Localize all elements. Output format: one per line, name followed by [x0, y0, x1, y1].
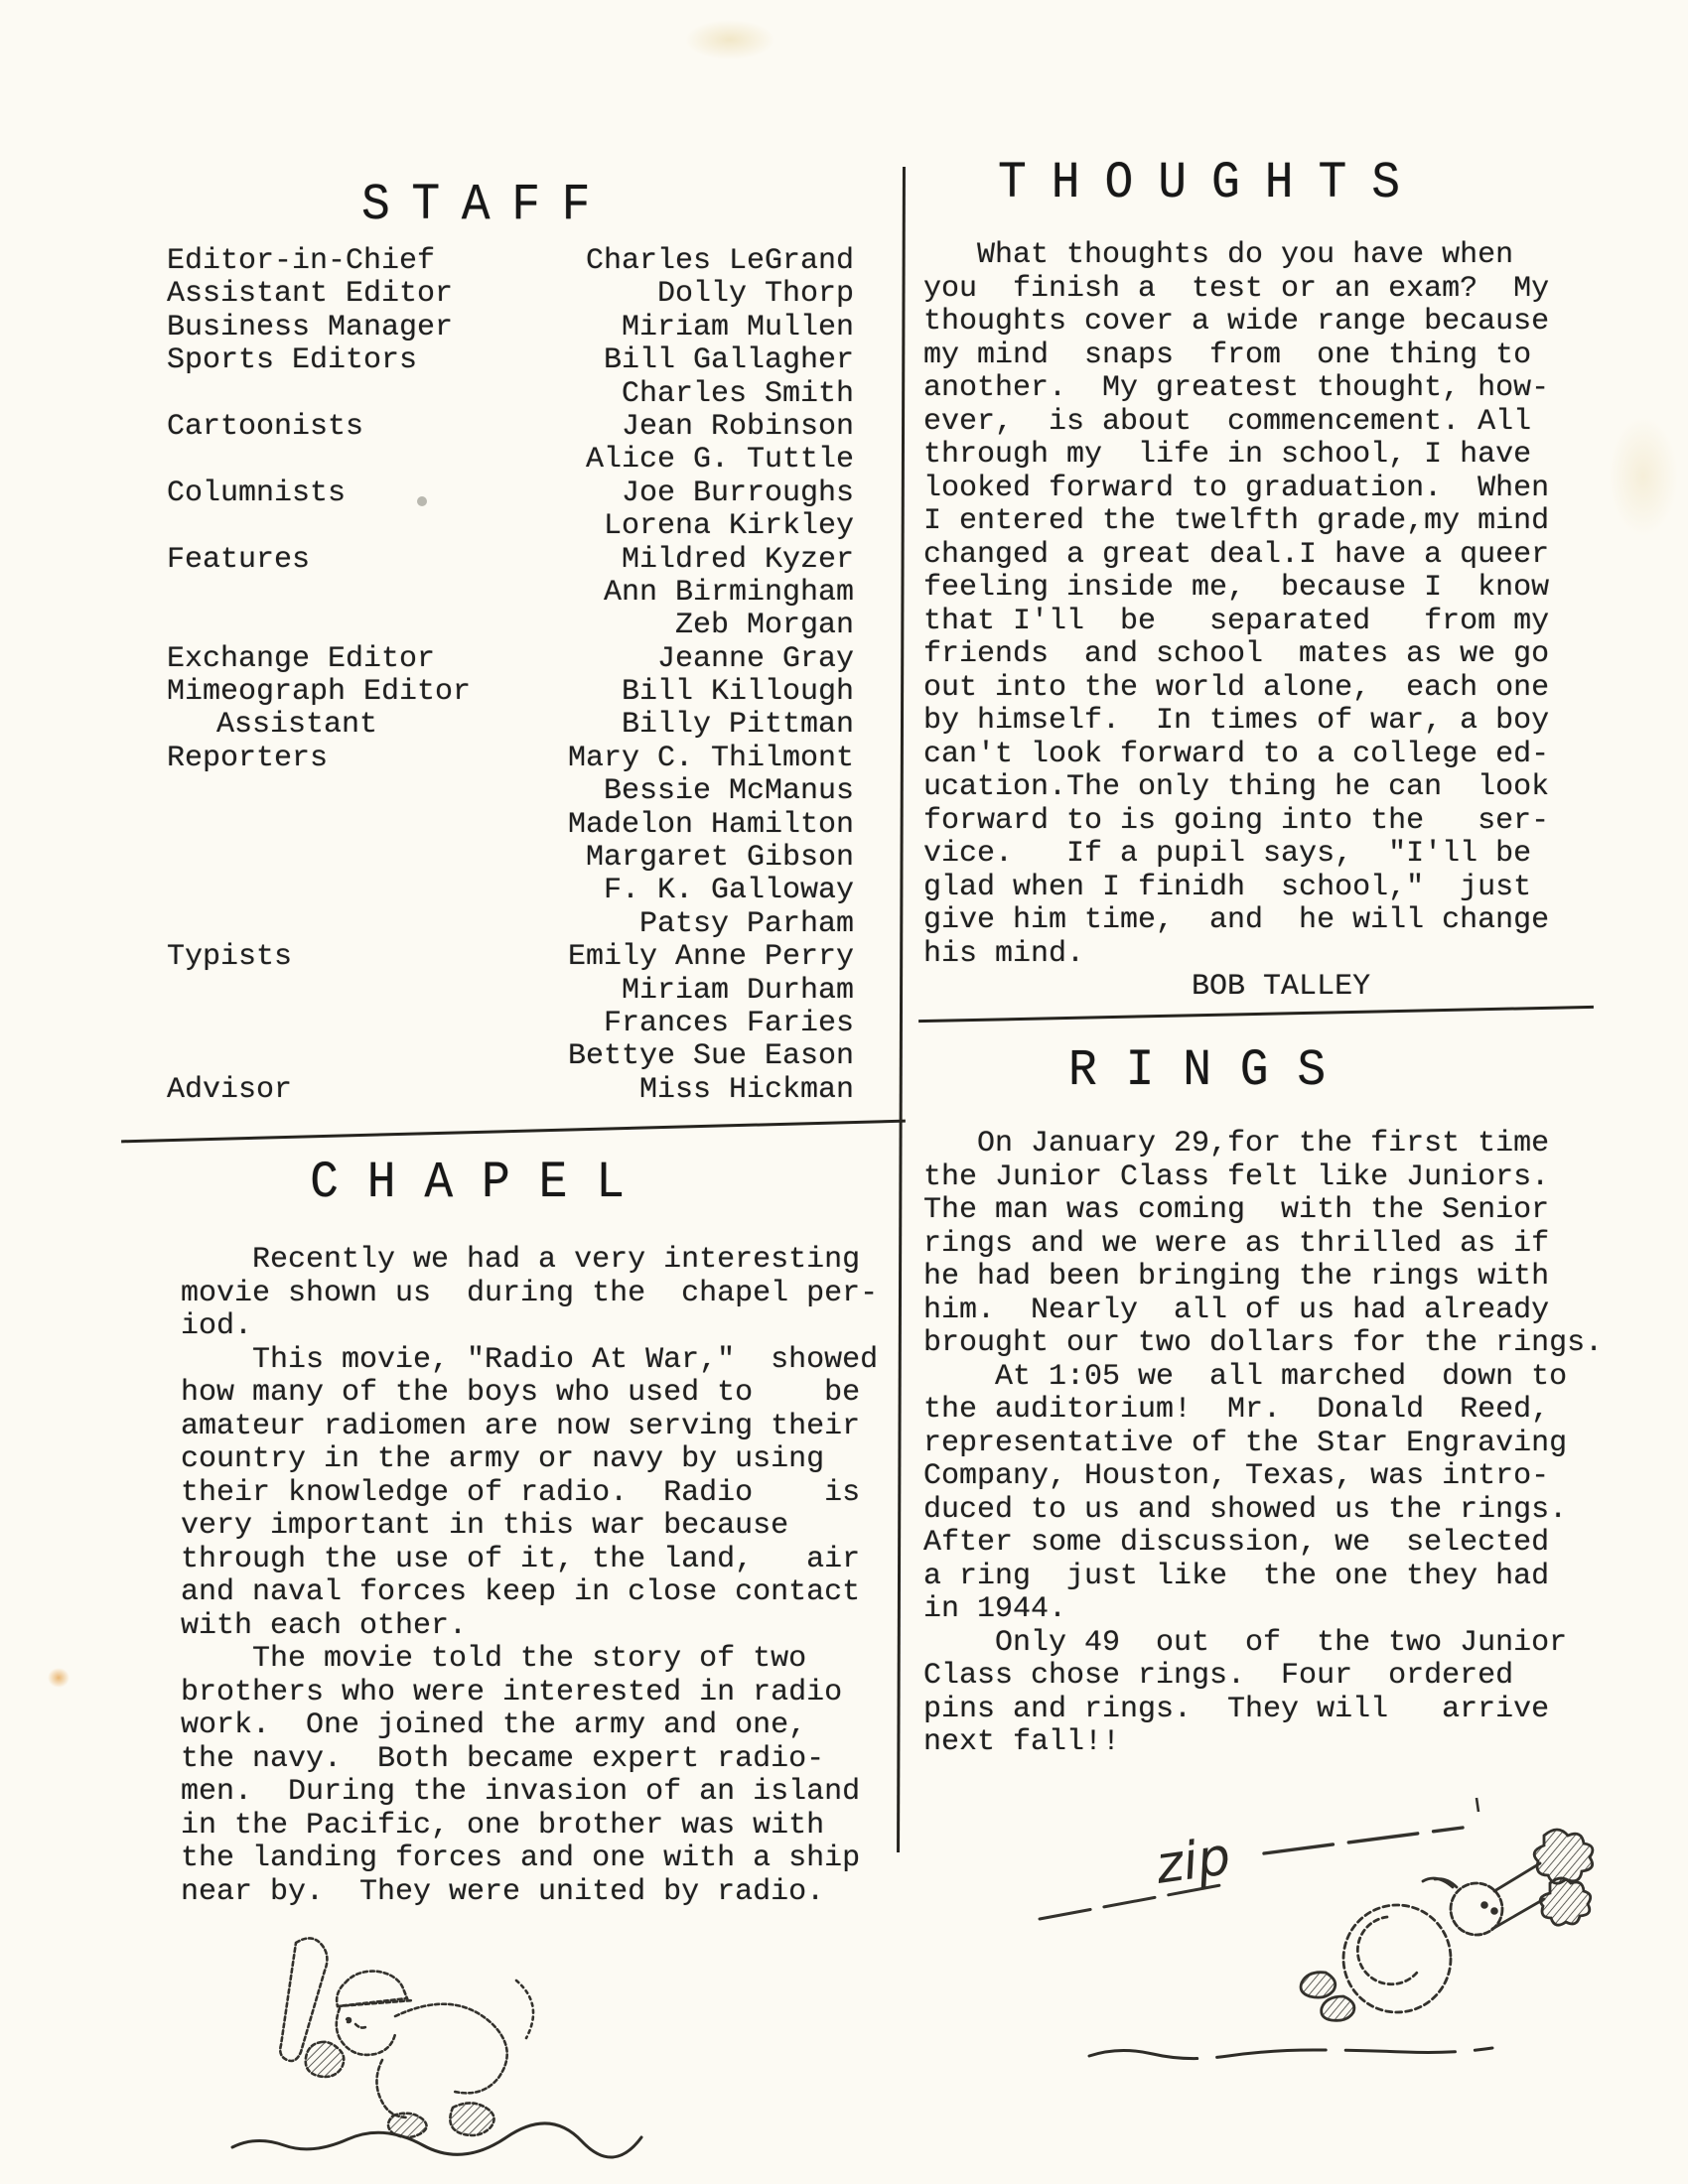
staff-member-name: Madelon Hamilton: [568, 808, 854, 842]
staff-row: Business ManagerMiriam Mullen: [167, 311, 854, 343]
text-line: give him time, and he will change: [923, 904, 1589, 938]
staff-member-name: Billy Pittman: [622, 708, 854, 742]
staff-role-label: Typists: [167, 940, 292, 974]
text-line: Only 49 out of the two Junior: [923, 1627, 1599, 1661]
zip-cartoon: zip: [1028, 1792, 1614, 2100]
thoughts-body: What thoughts do you have whenyou finish…: [923, 239, 1589, 971]
staff-row: CartoonistsJean Robinson: [167, 410, 854, 443]
staff-member-name: Jeanne Gray: [657, 642, 854, 676]
text-line: how many of the boys who used to be: [181, 1377, 876, 1411]
text-line: thoughts cover a wide range because: [923, 306, 1589, 340]
text-line: feeling inside me, because I know: [923, 572, 1589, 606]
staff-row: Exchange EditorJeanne Gray: [167, 642, 854, 675]
text-line: very important in this war because: [181, 1510, 876, 1544]
text-line: in 1944.: [923, 1593, 1599, 1627]
text-line: vice. If a pupil says, "I'll be: [923, 838, 1589, 872]
chapel-body: Recently we had a very interestingmovie …: [181, 1244, 876, 1909]
staff-row: Mimeograph EditorBill Killough: [167, 675, 854, 708]
staff-member-name: Bettye Sue Eason: [568, 1039, 854, 1073]
staff-member-name: Alice G. Tuttle: [586, 443, 854, 477]
text-line: in the Pacific, one brother was with: [181, 1810, 876, 1843]
staff-row: Charles Smith: [167, 377, 854, 410]
text-line: Recently we had a very interesting: [181, 1244, 876, 1278]
text-line: and naval forces keep in close contact: [181, 1576, 876, 1610]
staff-member-name: Dolly Thorp: [657, 277, 854, 311]
staff-row: F. K. Galloway: [167, 874, 854, 906]
staff-role-label: Columnists: [167, 477, 346, 510]
text-line: the landing forces and one with a ship: [181, 1843, 876, 1876]
staff-role-label: Sports Editors: [167, 343, 417, 377]
staff-member-name: Lorena Kirkley: [604, 509, 854, 543]
rings-title: RINGS: [914, 1042, 1509, 1100]
staff-member-name: Patsy Parham: [639, 907, 854, 941]
staff-member-name: Mildred Kyzer: [622, 543, 854, 577]
text-line: Class chose rings. Four ordered: [923, 1660, 1599, 1694]
text-line: iod.: [181, 1310, 876, 1344]
text-line: After some discussion, we selected: [923, 1527, 1599, 1561]
baseball-cartoon: [218, 1921, 655, 2174]
staff-row: Lorena Kirkley: [167, 509, 854, 542]
staff-member-name: Zeb Morgan: [675, 609, 854, 642]
staff-member-name: Mary C. Thilmont: [568, 742, 854, 775]
text-line: my mind snaps from one thing to: [923, 340, 1589, 373]
text-line: forward to is going into the ser-: [923, 805, 1589, 839]
text-line: looked forward to graduation. When: [923, 473, 1589, 506]
text-line: brought our two dollars for the rings.: [923, 1327, 1599, 1361]
staff-member-name: Ann Birmingham: [604, 576, 854, 610]
staff-row: Alice G. Tuttle: [167, 443, 854, 476]
rings-body: On January 29,for the first timethe Juni…: [923, 1128, 1599, 1760]
staff-member-name: F. K. Galloway: [604, 874, 854, 907]
staff-member-name: Joe Burroughs: [622, 477, 854, 510]
text-line: through the use of it, the land, air: [181, 1544, 876, 1577]
staff-member-name: Miss Hickman: [639, 1073, 854, 1107]
text-line: representative of the Star Engraving: [923, 1428, 1599, 1461]
staff-row: Margaret Gibson: [167, 841, 854, 874]
text-line: rings and we were as thrilled as if: [923, 1228, 1599, 1262]
staff-title: STAFF: [159, 177, 814, 234]
text-line: pins and rings. They will arrive: [923, 1694, 1599, 1727]
staff-member-name: Emily Anne Perry: [568, 940, 854, 974]
text-line: out into the world alone, each one: [923, 672, 1589, 706]
text-line: men. During the invasion of an island: [181, 1776, 876, 1810]
staff-row: FeaturesMildred Kyzer: [167, 543, 854, 576]
staff-role-label: Exchange Editor: [167, 642, 435, 676]
paper-stain: [685, 20, 774, 60]
text-line: Company, Houston, Texas, was intro-: [923, 1460, 1599, 1494]
text-line: At 1:05 we all marched down to: [923, 1361, 1599, 1395]
text-line: can't look forward to a college ed-: [923, 739, 1589, 772]
text-line: you finish a test or an exam? My: [923, 273, 1589, 307]
chapel-article: Recently we had a very interestingmovie …: [181, 1244, 876, 1909]
staff-role-label: Reporters: [167, 742, 328, 775]
text-line: On January 29,for the first time: [923, 1128, 1599, 1161]
staff-row: ColumnistsJoe Burroughs: [167, 477, 854, 509]
staff-role-label: Editor-in-Chief: [167, 244, 435, 278]
thoughts-bottom-rule: [918, 1006, 1594, 1023]
text-line: their knowledge of radio. Radio is: [181, 1477, 876, 1511]
text-line: I entered the twelfth grade,my mind: [923, 505, 1589, 539]
text-line: The man was coming with the Senior: [923, 1194, 1599, 1228]
staff-row: AdvisorMiss Hickman: [167, 1073, 854, 1106]
staff-row: Bettye Sue Eason: [167, 1039, 854, 1072]
staff-role-label: Cartoonists: [167, 410, 363, 444]
text-line: The movie told the story of two: [181, 1643, 876, 1677]
thoughts-article: What thoughts do you have whenyou finish…: [923, 239, 1589, 1005]
paper-stain: [48, 1668, 70, 1688]
text-line: country in the army or navy by using: [181, 1443, 876, 1477]
staff-row: Frances Faries: [167, 1007, 854, 1039]
rings-article: On January 29,for the first timethe Juni…: [923, 1128, 1599, 1760]
staff-role-label: Mimeograph Editor: [167, 675, 471, 709]
staff-row: Assistant EditorDolly Thorp: [167, 277, 854, 310]
text-line: brothers who were interested in radio: [181, 1677, 876, 1710]
staff-row: Bessie McManus: [167, 774, 854, 807]
chapel-title: CHAPEL: [159, 1155, 804, 1212]
staff-row: Sports EditorsBill Gallagher: [167, 343, 854, 376]
staff-row: Ann Birmingham: [167, 576, 854, 609]
staff-row: AssistantBilly Pittman: [167, 708, 854, 741]
text-line: him. Nearly all of us had already: [923, 1295, 1599, 1328]
staff-member-name: Charles Smith: [622, 377, 854, 411]
staff-member-name: Bessie McManus: [604, 774, 854, 808]
staff-member-name: Margaret Gibson: [586, 841, 854, 875]
text-line: This movie, "Radio At War," showed: [181, 1344, 876, 1378]
text-line: the auditorium! Mr. Donald Reed,: [923, 1394, 1599, 1428]
text-line: through my life in school, I have: [923, 439, 1589, 473]
text-line: near by. They were united by radio.: [181, 1876, 876, 1910]
text-line: he had been bringing the rings with: [923, 1261, 1599, 1295]
staff-role-label: Assistant: [216, 708, 377, 742]
staff-row: Zeb Morgan: [167, 609, 854, 641]
text-line: duced to us and showed us the rings.: [923, 1494, 1599, 1528]
text-line: next fall!!: [923, 1726, 1599, 1760]
paper-stain: [1609, 417, 1678, 536]
staff-row: Editor-in-ChiefCharles LeGrand: [167, 244, 854, 277]
text-line: with each other.: [181, 1610, 876, 1644]
staff-role-label: Business Manager: [167, 311, 453, 344]
text-line: changed a great deal.I have a queer: [923, 539, 1589, 573]
staff-row: Madelon Hamilton: [167, 808, 854, 841]
text-line: glad when I finidh school," just: [923, 872, 1589, 905]
staff-row: Miriam Durham: [167, 974, 854, 1007]
text-line: the Junior Class felt like Juniors.: [923, 1161, 1599, 1195]
staff-row: TypistsEmily Anne Perry: [167, 940, 854, 973]
newspaper-page: STAFF Editor-in-ChiefCharles LeGrandAssi…: [0, 0, 1688, 2184]
thoughts-byline: BOB TALLEY: [923, 971, 1589, 1005]
zip-label: zip: [1151, 1827, 1233, 1896]
staff-member-name: Jean Robinson: [622, 410, 854, 444]
staff-row: Patsy Parham: [167, 907, 854, 940]
staff-row: ReportersMary C. Thilmont: [167, 742, 854, 774]
staff-member-name: Miriam Durham: [622, 974, 854, 1008]
text-line: ever, is about commencement. All: [923, 406, 1589, 440]
staff-role-label: Features: [167, 543, 310, 577]
text-line: What thoughts do you have when: [923, 239, 1589, 273]
staff-role-label: Advisor: [167, 1073, 292, 1107]
text-line: movie shown us during the chapel per-: [181, 1278, 876, 1311]
column-divider-line: [897, 167, 906, 1852]
staff-member-name: Bill Gallagher: [604, 343, 854, 377]
staff-member-name: Miriam Mullen: [622, 311, 854, 344]
text-line: friends and school mates as we go: [923, 638, 1589, 672]
text-line: that I'll be separated from my: [923, 606, 1589, 639]
text-line: by himself. In times of war, a boy: [923, 705, 1589, 739]
staff-member-name: Frances Faries: [604, 1007, 854, 1040]
text-line: his mind.: [923, 938, 1589, 972]
text-line: amateur radiomen are now serving their: [181, 1411, 876, 1444]
text-line: the navy. Both became expert radio-: [181, 1743, 876, 1777]
staff-member-name: Bill Killough: [622, 675, 854, 709]
text-line: work. One joined the army and one,: [181, 1709, 876, 1743]
staff-member-name: Charles LeGrand: [586, 244, 854, 278]
text-line: ucation.The only thing he can look: [923, 771, 1589, 805]
staff-role-label: Assistant Editor: [167, 277, 453, 311]
text-line: a ring just like the one they had: [923, 1561, 1599, 1594]
text-line: another. My greatest thought, how-: [923, 372, 1589, 406]
thoughts-title: THOUGHTS: [914, 155, 1509, 212]
staff-bottom-rule: [121, 1120, 906, 1144]
staff-list: Editor-in-ChiefCharles LeGrandAssistant …: [167, 244, 854, 1106]
